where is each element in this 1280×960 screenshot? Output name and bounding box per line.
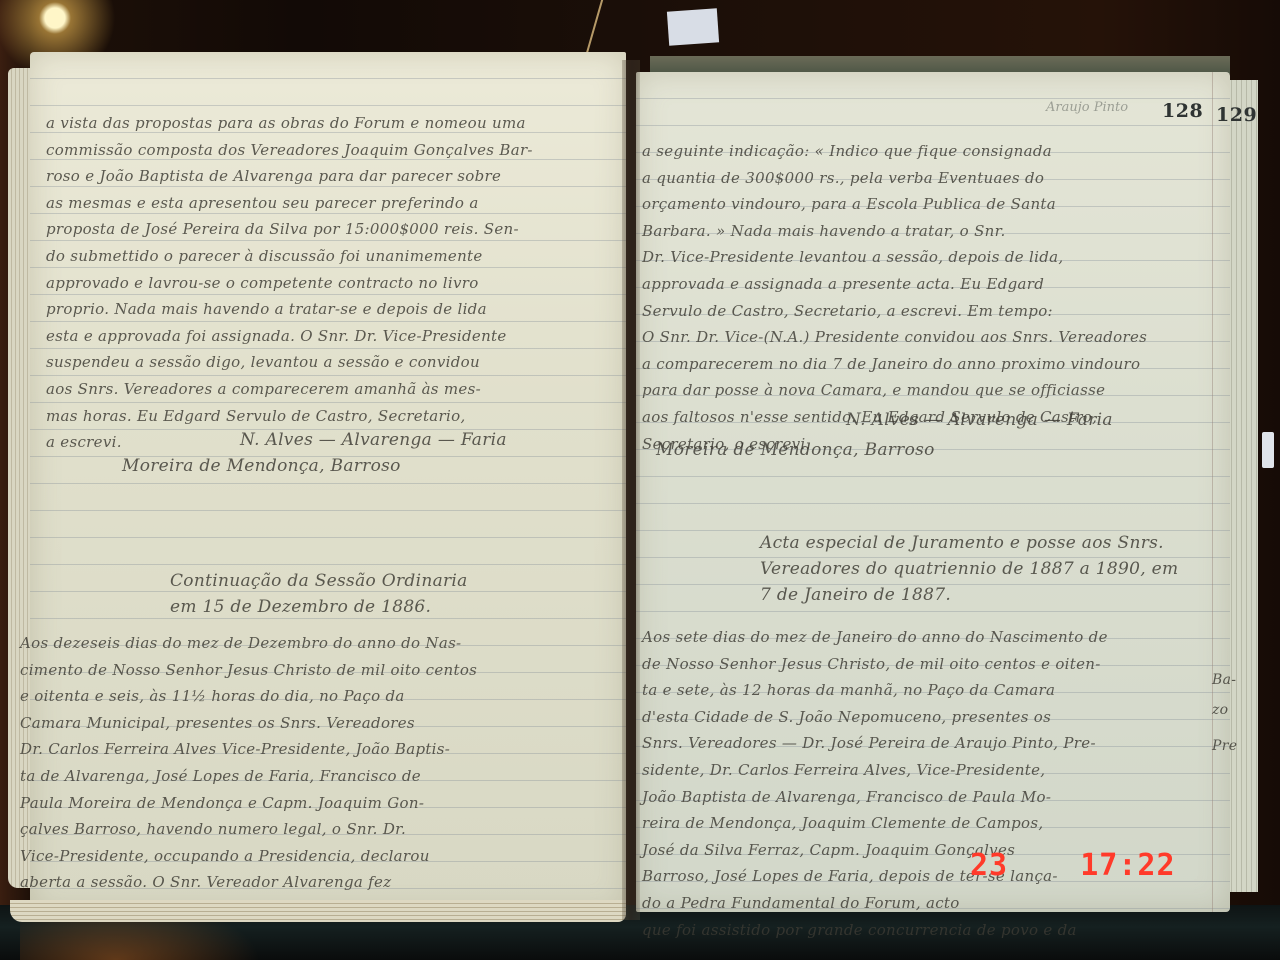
text-line: Dr. Carlos Ferreira Alves Vice-President… xyxy=(20,736,477,763)
right-signatures-2: Moreira de Mendonça, Barroso xyxy=(656,440,935,460)
book-gutter xyxy=(622,60,640,920)
text-line: cimento de Nosso Senhor Jesus Christo de… xyxy=(20,657,477,684)
text-line: sidente, Dr. Carlos Ferreira Alves, Vice… xyxy=(642,757,1108,784)
text-line: suspendeu a sessão digo, levantou a sess… xyxy=(46,349,533,376)
text-line: Paula Moreira de Mendonça e Capm. Joaqui… xyxy=(20,790,477,817)
margin-fragment: Pre xyxy=(1212,738,1237,754)
text-line: Aos dezeseis dias do mez de Dezembro do … xyxy=(20,630,477,657)
text-line: que foi assistido por grande concurrenci… xyxy=(642,917,1108,944)
title-line: Acta especial de Juramento e posse aos S… xyxy=(760,530,1178,556)
text-line: ta e sete, às 12 horas da manhã, no Paço… xyxy=(642,677,1108,704)
text-line: a comparecerem no dia 7 de Janeiro do an… xyxy=(642,351,1147,378)
title-line: em 15 de Dezembro de 1886. xyxy=(170,594,468,620)
right-section-title: Acta especial de Juramento e posse aos S… xyxy=(760,530,1178,608)
margin-fragment: Ba- xyxy=(1212,672,1236,688)
title-line: Vereadores do quatriennio de 1887 a 1890… xyxy=(760,556,1178,582)
timestamp-day: 23 xyxy=(970,848,1008,883)
title-line: 7 de Janeiro de 1887. xyxy=(760,582,1178,608)
text-line: aberta a sessão. O Snr. Vereador Alvaren… xyxy=(20,869,477,896)
text-line: roso e João Baptista de Alvarenga para d… xyxy=(46,163,533,190)
left-signatures-1: N. Alves — Alvarenga — Faria xyxy=(240,430,507,450)
text-line: a seguinte indicação: « Indico que fique… xyxy=(642,138,1147,165)
text-line: a quantia de 300$000 rs., pela verba Eve… xyxy=(642,165,1147,192)
text-line: orçamento vindouro, para a Escola Public… xyxy=(642,191,1147,218)
margin-line xyxy=(1212,72,1213,912)
paper-scrap xyxy=(667,8,719,45)
right-body-paragraph: Aos sete dias do mez de Janeiro do anno … xyxy=(642,624,1108,943)
text-line: ta de Alvarenga, José Lopes de Faria, Fr… xyxy=(20,763,477,790)
text-line: Vice-Presidente, occupando a Presidencia… xyxy=(20,843,477,870)
pencil-annotation: Araujo Pinto xyxy=(1046,100,1128,115)
text-line: Aos sete dias do mez de Janeiro do anno … xyxy=(642,624,1108,651)
paper-tab xyxy=(1262,432,1274,468)
title-line: Continuação da Sessão Ordinaria xyxy=(170,568,468,594)
text-line: as mesmas e esta apresentou seu parecer … xyxy=(46,190,533,217)
text-line: Camara Municipal, presentes os Snrs. Ver… xyxy=(20,710,477,737)
text-line: mas horas. Eu Edgard Servulo de Castro, … xyxy=(46,403,533,430)
text-line: do a Pedra Fundamental do Forum, acto xyxy=(642,890,1108,917)
text-line: Snrs. Vereadores — Dr. José Pereira de A… xyxy=(642,730,1108,757)
text-line: aos Snrs. Vereadores a comparecerem aman… xyxy=(46,376,533,403)
text-line: approvada e assignada a presente acta. E… xyxy=(642,271,1147,298)
text-line: proposta de José Pereira da Silva por 15… xyxy=(46,216,533,243)
text-line: do submettido o parecer à discussão foi … xyxy=(46,243,533,270)
left-section-title: Continuação da Sessão Ordinaria em 15 de… xyxy=(170,568,468,620)
right-page: Araujo Pinto 128 129 a seguinte indicaçã… xyxy=(636,72,1230,912)
text-line: approvado e lavrou-se o competente contr… xyxy=(46,270,533,297)
text-line: Servulo de Castro, Secretario, a escrevi… xyxy=(642,298,1147,325)
left-page: a vista das propostas para as obras do F… xyxy=(30,52,626,912)
left-signatures-2: Moreira de Mendonça, Barroso xyxy=(122,456,401,476)
text-line: de Nosso Senhor Jesus Christo, de mil oi… xyxy=(642,651,1108,678)
camera-timestamp: 23 17:22 xyxy=(970,848,1176,883)
right-signatures-1: N. Alves — Alvarenga — Faria xyxy=(846,410,1113,430)
text-line: esta e approvada foi assignada. O Snr. D… xyxy=(46,323,533,350)
text-line: João Baptista de Alvarenga, Francisco de… xyxy=(642,784,1108,811)
text-line: a vista das propostas para as obras do F… xyxy=(46,110,533,137)
text-line: para dar posse à nova Camara, e mandou q… xyxy=(642,377,1147,404)
left-top-paragraph: a vista das propostas para as obras do F… xyxy=(46,110,533,456)
margin-fragment: zo xyxy=(1212,702,1228,718)
timestamp-time: 17:22 xyxy=(1080,848,1175,883)
text-line: Barbara. » Nada mais havendo a tratar, o… xyxy=(642,218,1147,245)
folio-number-128: 128 xyxy=(1162,100,1203,122)
text-line: reira de Mendonça, Joaquim Clemente de C… xyxy=(642,810,1108,837)
text-line: çalves Barroso, havendo numero legal, o … xyxy=(20,816,477,843)
bottom-page-stack xyxy=(10,900,626,922)
text-line: commissão composta dos Vereadores Joaqui… xyxy=(46,137,533,164)
text-line: Dr. Vice-Presidente levantou a sessão, d… xyxy=(642,244,1147,271)
text-line: d'esta Cidade de S. João Nepomuceno, pre… xyxy=(642,704,1108,731)
text-line: proprio. Nada mais havendo a tratar-se e… xyxy=(46,296,533,323)
left-body-paragraph: Aos dezeseis dias do mez de Dezembro do … xyxy=(20,630,477,896)
text-line: e oitenta e seis, às 11½ horas do dia, n… xyxy=(20,683,477,710)
folio-number-129: 129 xyxy=(1216,104,1257,126)
text-line: O Snr. Dr. Vice-(N.A.) Presidente convid… xyxy=(642,324,1147,351)
